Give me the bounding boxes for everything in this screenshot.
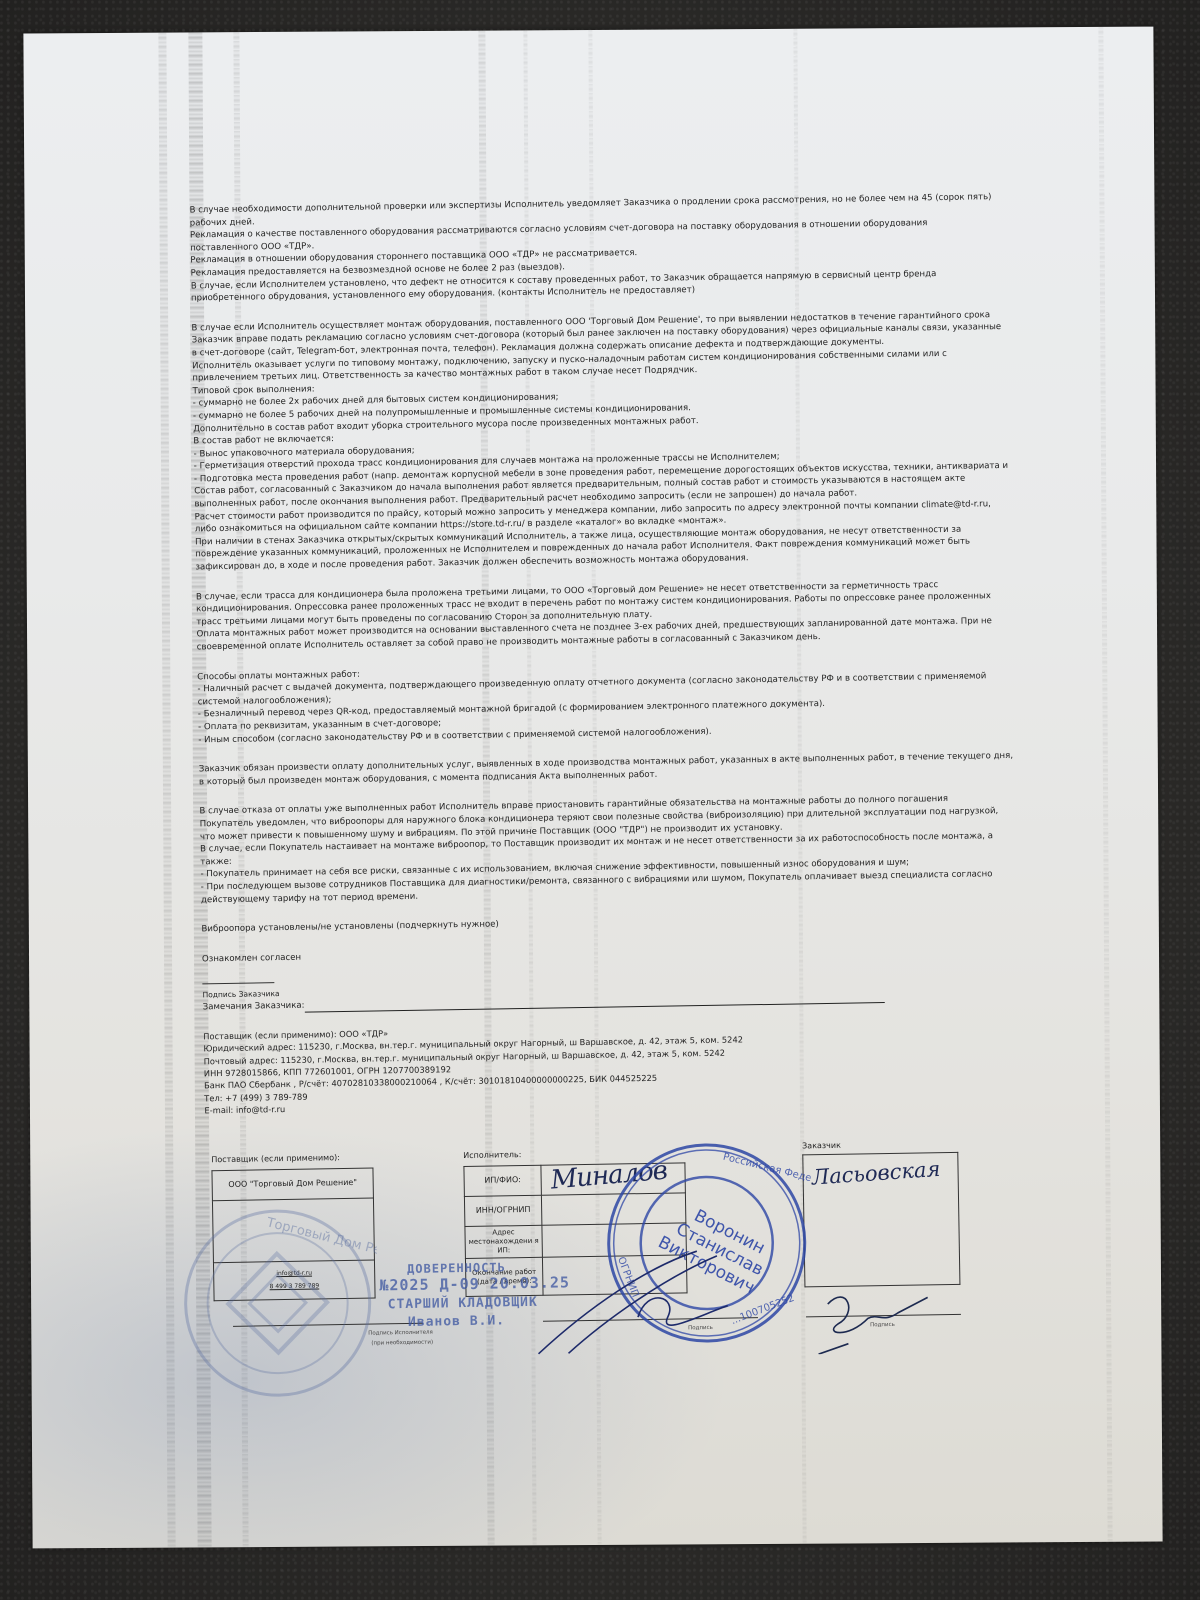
stamp-country: Российская Федерация	[722, 1152, 814, 1192]
proxy-stamp-line: СТАРШИЙ КЛАДОВЩИК	[388, 1297, 538, 1312]
supplier-company: ООО "Торговый Дом Решение"	[212, 1168, 373, 1201]
document-body: В случае необходимости дополнительной пр…	[189, 192, 984, 1117]
section-claims: В случае необходимости дополнительной пр…	[189, 192, 971, 306]
supplier-details: Поставщик (если применимо): ООО «ТДР» Юр…	[203, 1017, 984, 1116]
proxy-stamp-line: Иванов В.И.	[408, 1315, 505, 1329]
print-streak	[1098, 27, 1112, 1542]
proxy-stamp-line: ДОВЕРЕННОСТЬ	[407, 1261, 506, 1275]
remarks-label: Замечания Заказчика:	[203, 1001, 305, 1013]
section-refusal-vibro: В случае отказа от оплаты уже выполненны…	[199, 793, 981, 907]
signature-block: Поставщик (если применимо): ООО "Торговы…	[205, 1141, 989, 1374]
contractor-row-label: ИП/ФИО:	[464, 1165, 541, 1196]
contractor-block-label: Исполнитель:	[463, 1149, 521, 1163]
contractor-row-label: ИНН/ОГРНИП	[464, 1195, 541, 1226]
section-payment-methods: Способы оплаты монтажных работ: - Наличн…	[197, 658, 978, 746]
customer-signature-line	[202, 982, 274, 984]
supplier-round-stamp: Торговый Дом Решение	[176, 1201, 379, 1404]
supplier-block-label: Поставщик (если применимо):	[211, 1152, 340, 1167]
customer-handwritten-name: Ласьовская	[811, 1163, 940, 1184]
section-installation: В случае если Исполнитель осуществляет м…	[191, 309, 975, 574]
customer-signature	[807, 1282, 958, 1354]
document-sheet: В случае необходимости дополнительной пр…	[23, 27, 1162, 1549]
contractor-signature	[527, 1245, 769, 1359]
supplier-sign-caption2: (при необходимости)	[371, 1337, 433, 1351]
